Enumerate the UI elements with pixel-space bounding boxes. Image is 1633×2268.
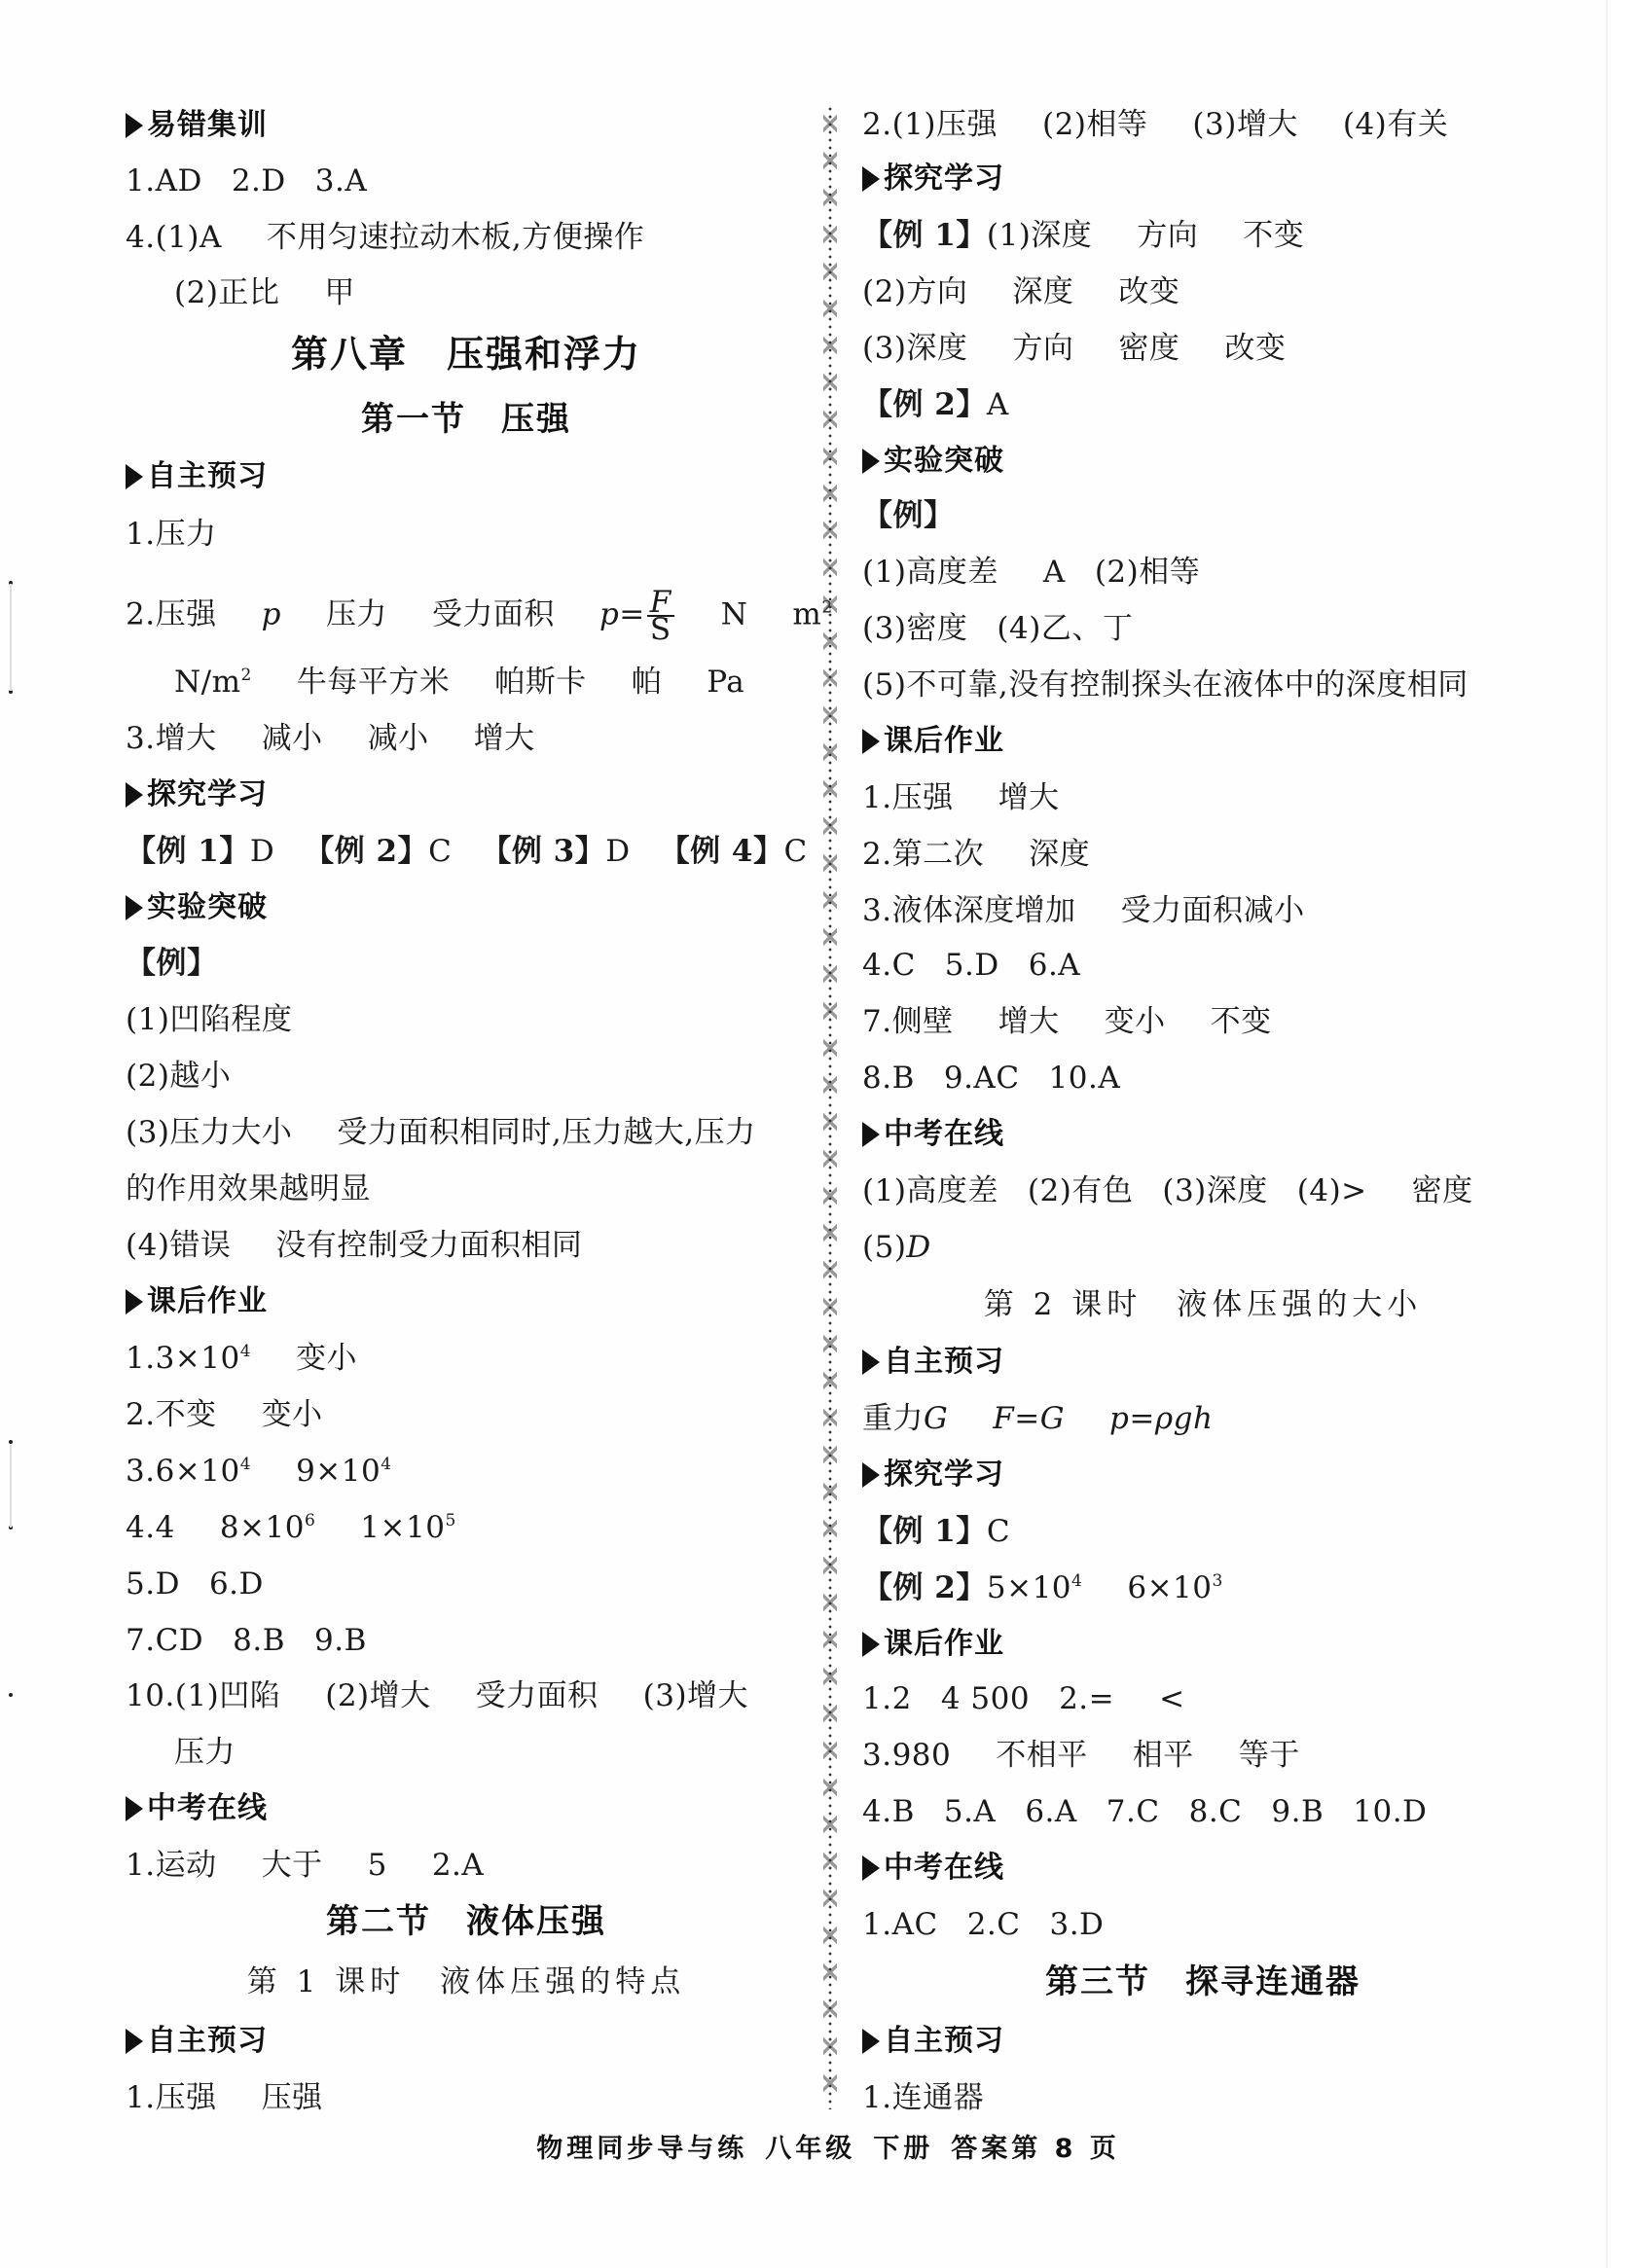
answer-line: 1.3×104变小: [126, 1341, 357, 1376]
answer-text: 1.AC: [862, 1907, 938, 1942]
answer-text: 7.侧壁: [862, 1004, 954, 1039]
fraction-denominator: S: [647, 617, 674, 642]
answer-text: 受力面积相同时,压力越大,压力: [337, 1115, 755, 1150]
triangle-right-icon: [126, 1289, 143, 1314]
answer-text: (1)高度差: [862, 555, 998, 590]
section-label-text: 探究学习: [884, 1458, 1004, 1492]
answer-text: 2.(1)压强: [862, 107, 998, 142]
answer-text: 6.A: [1025, 1794, 1076, 1829]
page-footer: 物理同步导与练八年级下册答案第 8 页: [536, 2127, 1120, 2165]
answer-text: 8.C: [1189, 1794, 1243, 1829]
answer-text: (4)乙、丁: [997, 611, 1133, 646]
section-title: 第二节 液体压强: [126, 1902, 807, 1941]
answer-text: 5.D: [126, 1566, 180, 1602]
answer-text: 帕: [632, 665, 663, 700]
answer-line: 【例】: [862, 498, 955, 533]
answer-text: 9.AC: [944, 1061, 1020, 1096]
answer-text: 相平: [1133, 1738, 1194, 1773]
answer-text: (1)高度差: [862, 1173, 998, 1208]
answer-text: 1.2: [862, 1681, 912, 1716]
answer-text: 减小: [262, 721, 323, 756]
section-label-text: 课后作业: [884, 1627, 1004, 1661]
footer-book-title: 物理同步导与练: [536, 2134, 747, 2164]
triangle-right-icon: [862, 729, 880, 754]
answer-text: 增大: [998, 780, 1060, 815]
answer-text: 5.D: [945, 948, 999, 983]
answer-text: 深度: [1012, 274, 1073, 309]
answer-text: 3.6×10: [126, 1454, 240, 1489]
answer-text: A: [987, 387, 1009, 422]
section-label-text: 实验突破: [147, 890, 268, 924]
answer-text: N: [721, 597, 748, 632]
answer-line: (2)方向深度改变: [862, 274, 1179, 309]
superscript: 4: [381, 1455, 391, 1474]
answer-line: (1)高度差(2)有色(3)深度(4)>密度: [862, 1173, 1473, 1208]
section-label: 实验突破: [126, 890, 268, 925]
example-tag: 【例 2】: [862, 387, 987, 422]
answer-text: 6.D: [209, 1566, 264, 1602]
section-label: 自主预习: [862, 1345, 1004, 1380]
example-tag: 【例 1】: [862, 1514, 987, 1549]
answer-text: 1.压强: [862, 780, 954, 815]
answer-text: 8.B: [233, 1623, 285, 1658]
answer-text: <: [1159, 1681, 1184, 1716]
answer-text: 10.D: [1353, 1794, 1427, 1829]
answer-text: (3)压力大小: [126, 1115, 292, 1150]
answer-text: 6×10: [1127, 1570, 1212, 1605]
answer-line: 1.压强增大: [862, 780, 1060, 815]
section-label-text: 自主预习: [884, 1345, 1004, 1379]
answer-line: 【例 1】(1)深度方向不变: [862, 218, 1304, 253]
answer-text: G: [924, 1401, 948, 1436]
answer-text: p: [599, 597, 619, 632]
example-tag: 【例 1】: [126, 834, 250, 869]
answer-text: 1.3×10: [126, 1341, 240, 1376]
answer-line: 4.B5.A6.A7.C8.C9.B10.D: [862, 1794, 1427, 1829]
answer-text: (2)越小: [126, 1059, 231, 1094]
section-label-text: 自主预习: [147, 2024, 268, 2058]
answer-text: 压强: [262, 2080, 323, 2115]
answer-text: (4)>: [1297, 1173, 1367, 1208]
answer-text: 增大: [474, 721, 535, 756]
answer-line: 2.(1)压强(2)相等(3)增大(4)有关: [862, 107, 1448, 142]
answer-text: (5)不可靠,没有控制探头在液体中的深度相同: [862, 667, 1469, 702]
superscript: 2: [240, 666, 251, 685]
answer-text: 9.B: [314, 1623, 367, 1658]
answer-line: 【例 1】C: [862, 1514, 1010, 1549]
section-label-text: 自主预习: [884, 2024, 1004, 2058]
binding-hole-mark: [9, 1693, 13, 1697]
answer-line: 2.压强p压力受力面积p=FSNm2: [126, 590, 833, 625]
section-label-text: 自主预习: [147, 459, 268, 493]
answer-line: 7.CD8.B9.B: [126, 1623, 367, 1658]
answer-line: (4)错误没有控制受力面积相同: [126, 1228, 582, 1263]
answer-text: C: [428, 834, 452, 869]
answer-text: 5: [368, 1848, 387, 1883]
answer-text: m: [792, 597, 821, 632]
answer-line: (3)密度(4)乙、丁: [862, 611, 1133, 646]
answer-text: 3.D: [1049, 1907, 1104, 1942]
lesson-title: 第 2 课时 液体压强的大小: [862, 1287, 1543, 1322]
answer-text: (2)相等: [1042, 107, 1147, 142]
answer-text: 1.压强: [126, 2080, 217, 2115]
section-label-text: 中考在线: [147, 1791, 268, 1825]
answer-text: 2.=: [1059, 1681, 1114, 1716]
section-label: 易错集训: [126, 108, 268, 143]
section-title: 第一节 压强: [126, 400, 807, 439]
answer-text: (3)增大: [1192, 107, 1297, 142]
answer-text: =: [619, 597, 644, 632]
answer-text: 1.连通器: [862, 2080, 984, 2115]
triangle-right-icon: [862, 1122, 880, 1147]
answer-text: 受力面积减小: [1121, 893, 1305, 928]
answer-text: 牛每平方米: [297, 665, 451, 700]
answer-line: 1.AC2.C3.D: [862, 1907, 1104, 1942]
answer-text: 减小: [368, 721, 429, 756]
answer-line: 4.48×1061×105: [126, 1510, 456, 1545]
answer-text: 改变: [1224, 331, 1286, 366]
example-tag: 【例 2】: [304, 834, 428, 869]
section-label: 实验突破: [862, 444, 1004, 479]
answer-text: =: [1129, 1401, 1154, 1436]
fraction: FS: [647, 590, 674, 642]
answer-line: (3)压力大小受力面积相同时,压力越大,压力: [126, 1115, 756, 1150]
answer-line: N/m2牛每平方米帕斯卡帕Pa: [174, 665, 744, 700]
superscript: 3: [1213, 1571, 1223, 1591]
answer-text: 2.第二次: [862, 837, 984, 872]
answer-text: 方向: [1137, 218, 1198, 253]
section-title: 第三节 探寻连通器: [862, 1962, 1543, 2001]
answer-text: (3)深度: [862, 331, 967, 366]
answer-line: 3.980不相平相平等于: [862, 1738, 1300, 1773]
answer-text: 不变: [1211, 1004, 1272, 1039]
example-tag: 【例】: [862, 498, 955, 533]
answer-line: 压力: [174, 1735, 236, 1770]
section-label: 探究学习: [126, 777, 268, 812]
answer-line: 5.D6.D: [126, 1566, 264, 1602]
answer-line: 【例 2】5×1046×103: [862, 1570, 1223, 1605]
answer-text: C: [783, 834, 807, 869]
answer-text: 重力: [862, 1401, 924, 1436]
answer-text: D: [906, 1230, 930, 1265]
section-label-text: 探究学习: [884, 162, 1004, 196]
answer-text: 大于: [262, 1848, 323, 1883]
section-label: 自主预习: [126, 2024, 268, 2059]
superscript: 4: [1071, 1571, 1082, 1591]
binding-hole-mark: [9, 1440, 13, 1444]
answer-text: (5): [862, 1230, 906, 1265]
answer-text: 3.增大: [126, 721, 217, 756]
answer-text: 密度: [1412, 1173, 1473, 1208]
answer-text: ρgh: [1155, 1401, 1214, 1436]
triangle-right-icon: [862, 1350, 880, 1375]
section-label-text: 课后作业: [884, 724, 1004, 758]
answer-text: =: [1014, 1401, 1039, 1436]
answer-text: 甲: [324, 275, 355, 310]
column-divider: [828, 105, 832, 2109]
section-label: 中考在线: [862, 1851, 1004, 1886]
answer-line: 2.不变变小: [126, 1397, 323, 1432]
answer-text: 受力面积: [432, 597, 555, 632]
answer-text: (3)深度: [1162, 1173, 1267, 1208]
answer-text: (1)凹陷程度: [126, 1002, 292, 1037]
answer-line: 1.运动大于52.A: [126, 1848, 484, 1883]
section-label: 中考在线: [126, 1791, 268, 1826]
answer-text: p: [262, 597, 281, 632]
answer-text: 9.B: [1271, 1794, 1324, 1829]
answer-line: 4.(1)A不用匀速拉动木板,方便操作: [126, 220, 644, 255]
triangle-right-icon: [862, 1632, 880, 1657]
answer-line: (2)越小: [126, 1059, 231, 1094]
answer-line: 4.C5.D6.A: [862, 948, 1080, 983]
answer-text: (2)方向: [862, 274, 967, 309]
answer-line: 10.(1)凹陷(2)增大受力面积(3)增大: [126, 1678, 748, 1713]
answer-line: 【例 2】A: [862, 387, 1009, 422]
example-tag: 【例 2】: [862, 1570, 987, 1605]
answer-text: 6.A: [1029, 948, 1080, 983]
answer-text: 没有控制受力面积相同: [275, 1228, 582, 1263]
answer-line: 1.24 5002.=<: [862, 1681, 1185, 1716]
answer-text: 3.A: [315, 163, 367, 198]
answer-line: 3.增大减小减小增大: [126, 721, 535, 756]
answer-text: (2)增大: [325, 1678, 430, 1713]
answer-text: 1×10: [360, 1510, 445, 1545]
triangle-right-icon: [862, 449, 880, 474]
answer-text: (2)有色: [1028, 1173, 1133, 1208]
answer-line: (2)正比甲: [174, 275, 355, 310]
answer-line: 【例】: [126, 946, 218, 981]
section-label: 课后作业: [862, 1627, 1004, 1662]
answer-text: 1.AD: [126, 163, 202, 198]
triangle-right-icon: [862, 166, 880, 192]
answer-text: A: [1043, 555, 1066, 590]
answer-line: 2.第二次深度: [862, 837, 1090, 872]
answer-text: 变小: [296, 1341, 357, 1376]
answer-text: 的作用效果越明显: [126, 1171, 371, 1206]
section-label-text: 课后作业: [147, 1284, 268, 1318]
answer-text: 2.C: [967, 1907, 1021, 1942]
answer-text: D: [250, 834, 274, 869]
answer-text: 9×10: [296, 1454, 381, 1489]
answer-text: 10.A: [1049, 1061, 1121, 1096]
answer-text: 压力: [174, 1735, 236, 1770]
answer-line: 8.B9.AC10.A: [862, 1061, 1120, 1096]
triangle-right-icon: [862, 1855, 880, 1881]
answer-text: 3.980: [862, 1738, 951, 1773]
binding-trace: [10, 1445, 12, 1528]
answer-text: (2)正比: [174, 275, 279, 310]
answer-text: 压力: [326, 597, 387, 632]
section-label-text: 中考在线: [884, 1117, 1004, 1151]
answer-text: C: [987, 1514, 1010, 1549]
answer-line: (1)凹陷程度: [126, 1002, 292, 1037]
section-label: 自主预习: [126, 459, 268, 494]
answer-line: (3)深度方向密度改变: [862, 331, 1286, 366]
section-label: 探究学习: [862, 1458, 1004, 1493]
answer-text: 2.A: [432, 1848, 484, 1883]
triangle-right-icon: [126, 782, 143, 808]
triangle-right-icon: [862, 1462, 880, 1488]
answer-line: 的作用效果越明显: [126, 1171, 371, 1206]
answer-text: 1.运动: [126, 1848, 217, 1883]
section-label: 课后作业: [862, 724, 1004, 759]
answer-text: 变小: [1105, 1004, 1166, 1039]
answer-text: 5×10: [987, 1570, 1071, 1605]
triangle-right-icon: [126, 1796, 143, 1821]
answer-line: 3.6×1049×104: [126, 1454, 392, 1489]
section-label-text: 探究学习: [147, 777, 268, 811]
answer-text: 10.(1)凹陷: [126, 1678, 280, 1713]
answer-text: 8×10: [220, 1510, 305, 1545]
left-column: 易错集训1.AD2.D3.A4.(1)A不用匀速拉动木板,方便操作(2)正比甲第…: [126, 0, 807, 2141]
triangle-right-icon: [126, 2029, 143, 2054]
section-label-text: 易错集训: [147, 108, 268, 142]
answer-text: 7.C: [1107, 1794, 1160, 1829]
triangle-right-icon: [126, 113, 143, 138]
section-label: 自主预习: [862, 2024, 1004, 2059]
answer-text: 增大: [998, 1004, 1060, 1039]
answer-text: G: [1040, 1401, 1065, 1436]
section-label: 课后作业: [126, 1284, 268, 1319]
answer-text: N/m: [174, 665, 240, 700]
answer-text: 8.B: [862, 1061, 915, 1096]
triangle-right-icon: [126, 464, 143, 489]
answer-text: 4.(1)A: [126, 220, 222, 255]
example-tag: 【例】: [126, 946, 218, 981]
answer-text: 4.B: [862, 1794, 915, 1829]
answer-text: 等于: [1239, 1738, 1300, 1773]
answer-text: 不相平: [996, 1738, 1088, 1773]
answer-text: 帕斯卡: [494, 665, 587, 700]
answer-text: 深度: [1029, 837, 1090, 872]
answer-line: 1.压强压强: [126, 2080, 323, 2115]
answer-text: 不用匀速拉动木板,方便操作: [267, 220, 644, 255]
superscript: 5: [445, 1511, 455, 1530]
answer-text: (4)错误: [126, 1228, 231, 1263]
answer-line: 1.压力: [126, 517, 217, 552]
answer-page: 易错集训1.AD2.D3.A4.(1)A不用匀速拉动木板,方便操作(2)正比甲第…: [0, 0, 1608, 2268]
answer-text: 7.CD: [126, 1623, 203, 1658]
section-label: 探究学习: [862, 162, 1004, 197]
triangle-right-icon: [862, 2029, 880, 2054]
answer-line: 3.液体深度增加受力面积减小: [862, 893, 1305, 928]
example-tag: 【例 1】: [862, 218, 987, 253]
answer-line: (1)高度差A(2)相等: [862, 555, 1200, 590]
right-column: 2.(1)压强(2)相等(3)增大(4)有关探究学习【例 1】(1)深度方向不变…: [862, 0, 1543, 2141]
answer-text: (3)增大: [643, 1678, 748, 1713]
answer-text: 不变: [1243, 218, 1304, 253]
answer-text: p: [1109, 1401, 1129, 1436]
answer-text: 2.不变: [126, 1397, 217, 1432]
answer-text: D: [605, 834, 630, 869]
answer-text: (1)深度: [987, 218, 1092, 253]
lesson-title: 第 1 课时 液体压强的特点: [126, 1964, 807, 1999]
answer-text: 改变: [1118, 274, 1179, 309]
example-tag: 【例 4】: [660, 834, 784, 869]
answer-text: 4.4: [126, 1510, 175, 1545]
superscript: 4: [240, 1342, 251, 1361]
section-label-text: 中考在线: [884, 1851, 1004, 1885]
answer-text: 受力面积: [476, 1678, 599, 1713]
footer-page-number: 答案第 8 页: [951, 2134, 1120, 2164]
footer-volume: 下册: [873, 2134, 933, 2164]
answer-text: Pa: [707, 665, 744, 700]
answer-line: 7.侧壁增大变小不变: [862, 1004, 1272, 1039]
answer-text: 2.D: [232, 163, 286, 198]
example-tag: 【例 3】: [481, 834, 605, 869]
answer-text: 5.A: [944, 1794, 996, 1829]
answer-text: 4.C: [862, 948, 916, 983]
section-label: 中考在线: [862, 1117, 1004, 1152]
answer-text: 3.液体深度增加: [862, 893, 1076, 928]
answer-text: 4 500: [941, 1681, 1030, 1716]
answer-text: F: [993, 1401, 1014, 1436]
footer-grade: 八年级: [765, 2134, 855, 2164]
superscript: 6: [305, 1511, 315, 1530]
answer-text: (2)相等: [1095, 555, 1200, 590]
answer-text: 变小: [262, 1397, 323, 1432]
triangle-right-icon: [126, 895, 143, 920]
section-label-text: 实验突破: [884, 444, 1004, 478]
answer-line: 1.连通器: [862, 2080, 984, 2115]
answer-line: 重力GF=Gp=ρgh: [862, 1401, 1213, 1436]
answer-text: 方向: [1012, 331, 1073, 366]
answer-text: 1.压力: [126, 517, 217, 552]
binding-trace: [10, 584, 12, 691]
answer-text: 密度: [1118, 331, 1179, 366]
answer-text: (4)有关: [1343, 107, 1448, 142]
answer-line: (5)D: [862, 1230, 931, 1265]
answer-line: 1.AD2.D3.A: [126, 163, 367, 198]
answer-text: (3)密度: [862, 611, 967, 646]
answer-line: (5)不可靠,没有控制探头在液体中的深度相同: [862, 667, 1469, 702]
answer-line: 【例 1】D【例 2】C【例 3】D【例 4】C: [126, 834, 808, 869]
superscript: 4: [240, 1455, 251, 1474]
chapter-title: 第八章 压强和浮力: [126, 333, 807, 376]
answer-text: 2.压强: [126, 597, 217, 632]
